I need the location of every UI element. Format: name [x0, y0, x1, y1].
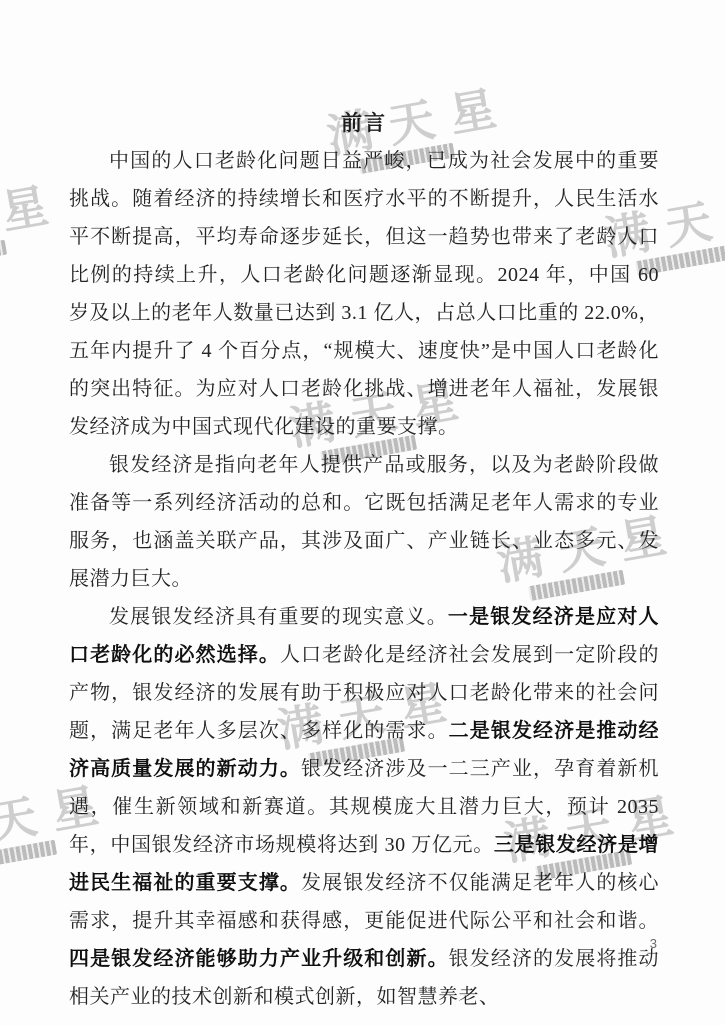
bold-run: 四是银发经济能够助力产业升级和创新。: [69, 948, 449, 970]
body-paragraphs: 中国的人口老龄化问题日益严峻，已成为社会发展中的重要挑战。随着经济的持续增长和医…: [69, 142, 659, 1016]
document-content: 前言 中国的人口老龄化问题日益严峻，已成为社会发展中的重要挑战。随着经济的持续增…: [69, 0, 659, 1016]
text-run: 发展银发经济具有重要的现实意义。: [109, 606, 448, 628]
watermark-badge: [0, 840, 57, 871]
document-title: 前言: [69, 104, 659, 142]
paragraph: 中国的人口老龄化问题日益严峻，已成为社会发展中的重要挑战。随着经济的持续增长和医…: [69, 142, 659, 446]
paragraph: 银发经济是指向老年人提供产品或服务，以及为老龄阶段做准备等一系列经济活动的总和。…: [69, 446, 659, 598]
page-number: 3: [650, 936, 657, 951]
watermark-badge: [0, 240, 7, 271]
watermark: 满天星: [0, 179, 70, 275]
paragraph: 发展银发经济具有重要的现实意义。一是银发经济是应对人口老龄化的必然选择。人口老龄…: [69, 598, 659, 1016]
text-run: 银发经济是指向老年人提供产品或服务，以及为老龄阶段做准备等一系列经济活动的总和。…: [69, 454, 659, 590]
watermark-text: 满天星: [0, 179, 67, 257]
document-page: 满天星 满天星 满天星 满天星 满天星 满天星 满天星 满天星: [0, 0, 725, 1025]
text-run: 中国的人口老龄化问题日益严峻，已成为社会发展中的重要挑战。随着经济的持续增长和医…: [69, 150, 659, 438]
